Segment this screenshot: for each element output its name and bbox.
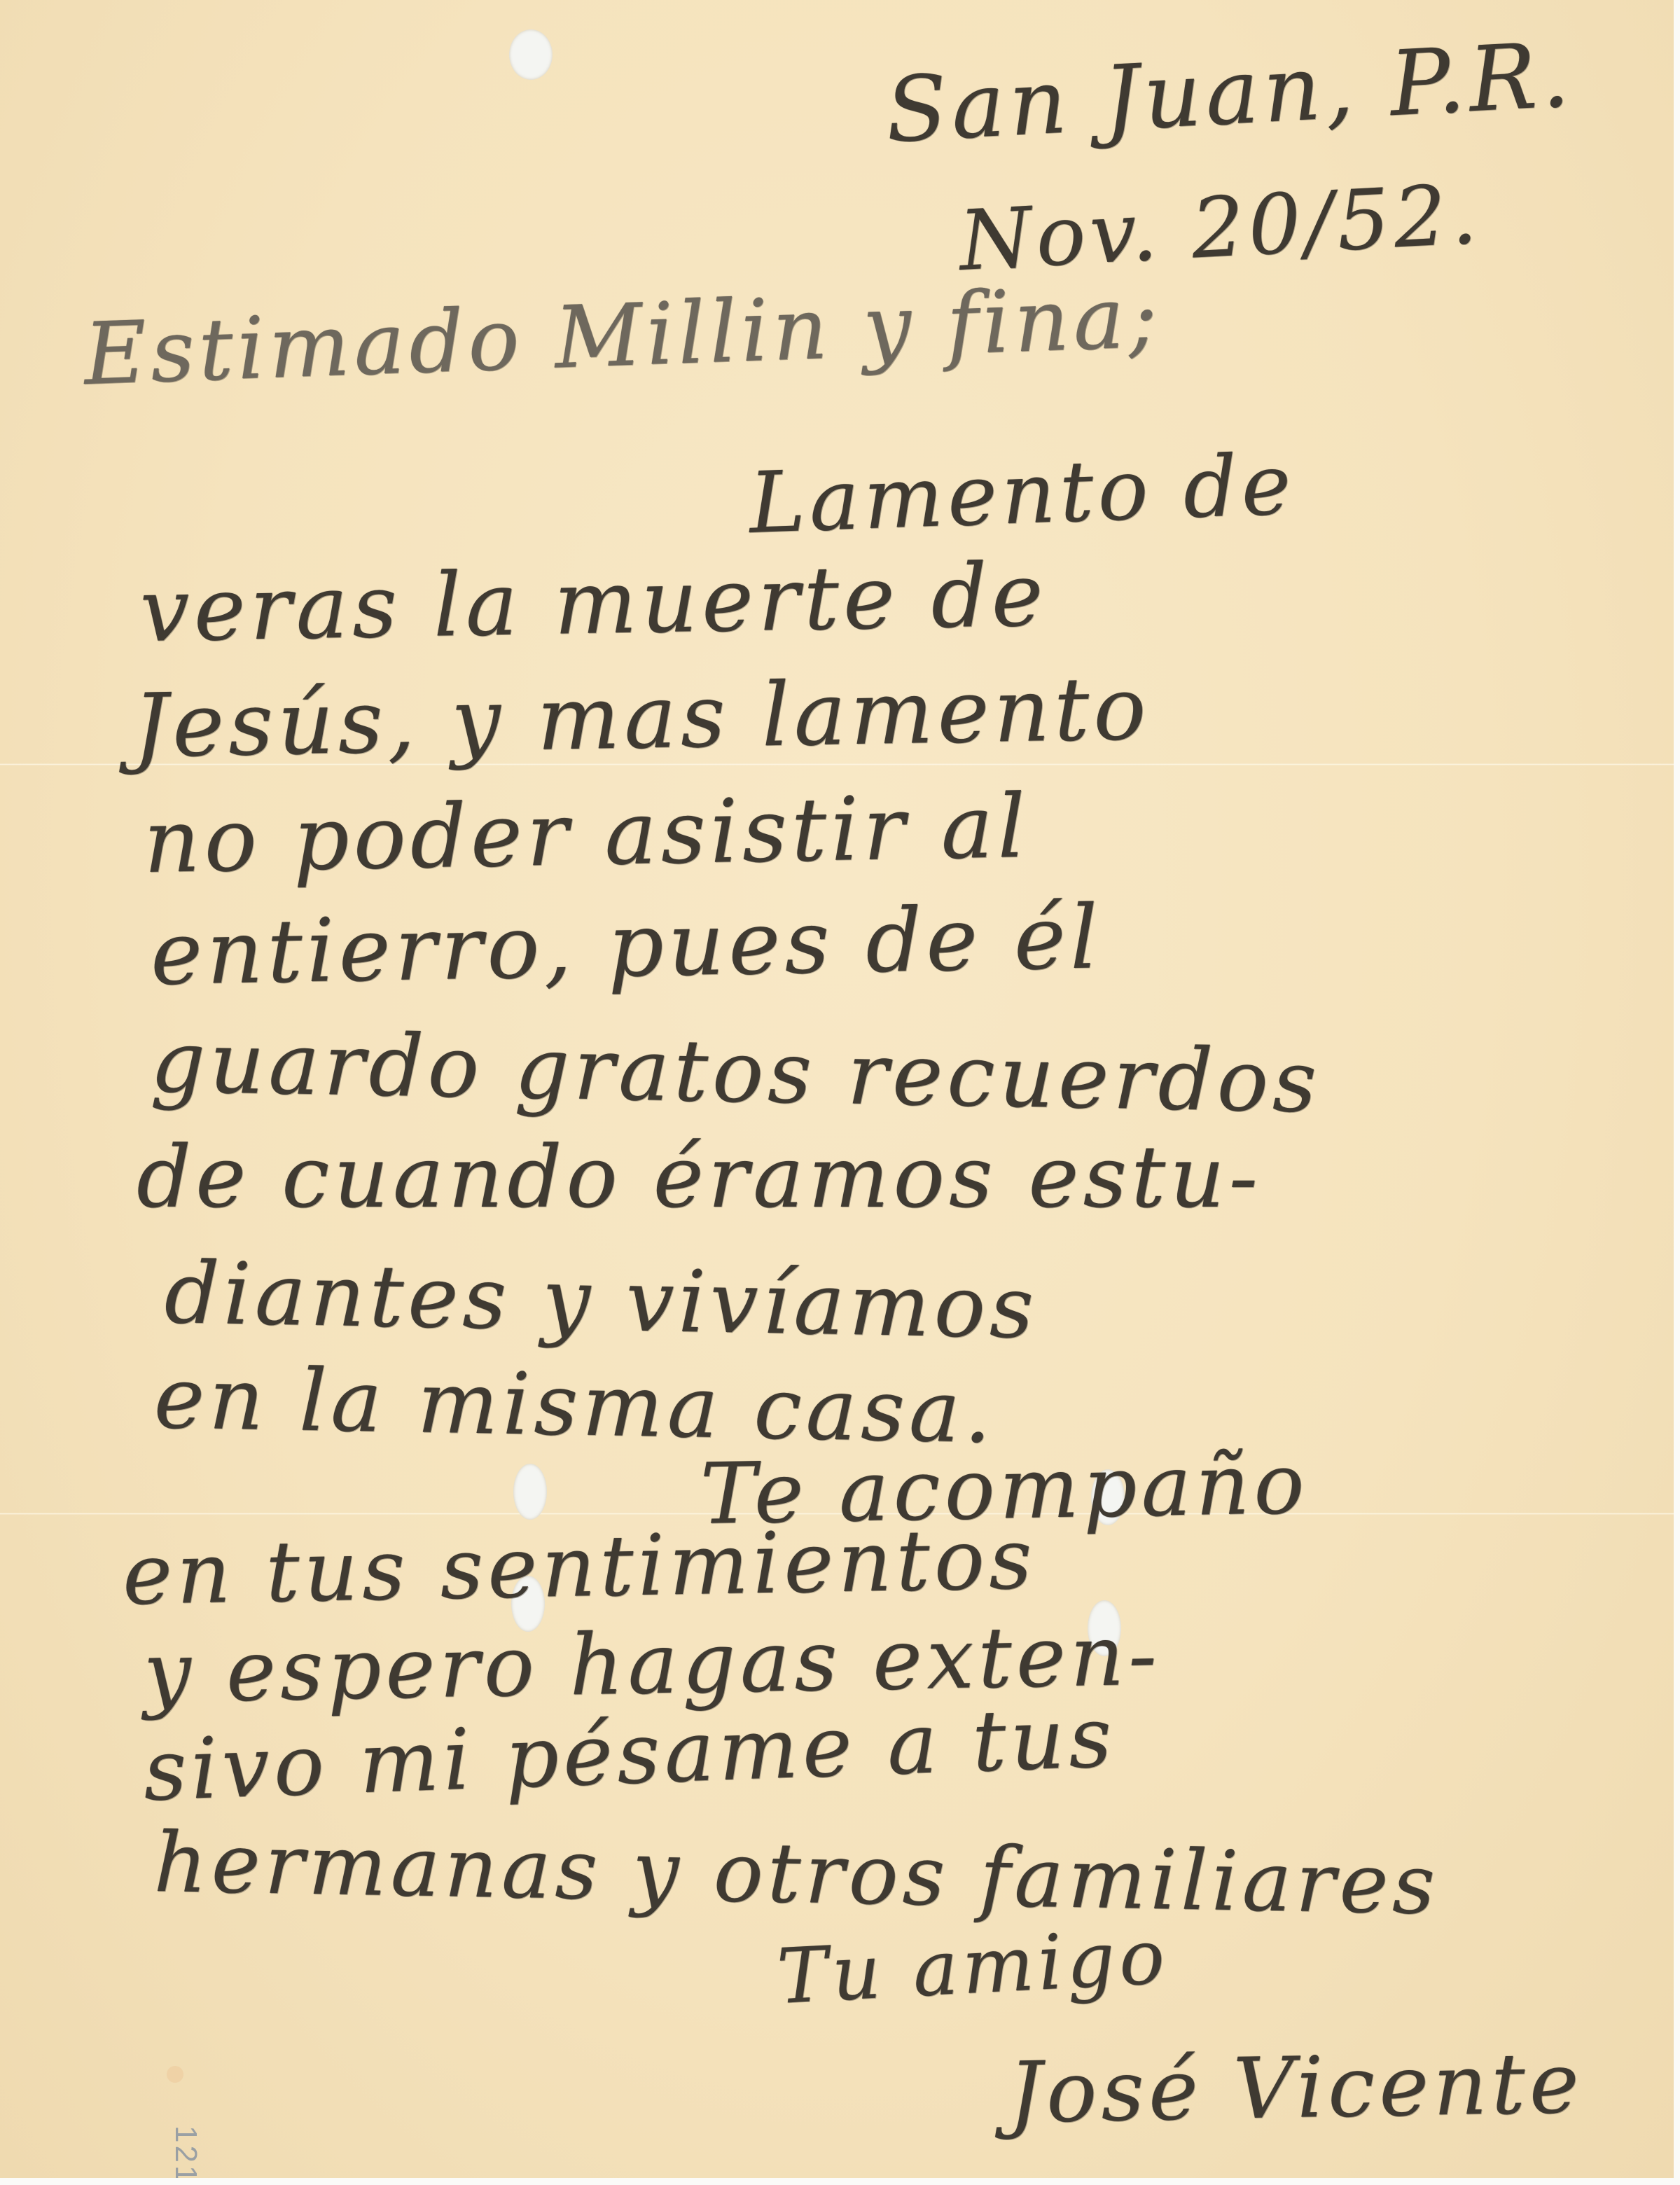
body-line: veras la muerte de <box>139 551 1048 655</box>
punch-hole-top <box>509 29 553 80</box>
body-line: Lamento de <box>748 443 1296 546</box>
scan-edge-right <box>1674 0 1680 2185</box>
letter-signature: José Vicente <box>1008 2042 1584 2136</box>
letter-date: Nov. 20/52. <box>957 172 1483 282</box>
body-line: diantes y vivíamos <box>164 1250 1039 1351</box>
body-line: en tus sentimientos <box>122 1518 1037 1618</box>
letter-place: San Juan, P.R. <box>884 31 1576 156</box>
body-line: guardo gratos recuerdos <box>150 1019 1321 1125</box>
letter-paper: San Juan, P.R. Nov. 20/52. Estimado Mill… <box>0 0 1674 2178</box>
body-line: en la misma casa. <box>153 1355 997 1455</box>
body-line: de cuando éramos estu- <box>137 1135 1262 1220</box>
body-line: entierro, pues de él <box>150 894 1103 998</box>
body-line: hermanas y otros familiares <box>153 1821 1440 1926</box>
letter-closing: Tu amigo <box>775 1920 1170 2016</box>
punch-hole-middle-left <box>513 1464 547 1520</box>
scan-edge-bottom <box>0 2178 1680 2185</box>
body-line: no poder asistir al <box>143 783 1030 886</box>
body-line: Jesús, y mas lamento <box>132 665 1151 770</box>
letter-salutation: Estimado Millin y fina; <box>83 274 1162 397</box>
paper-stain <box>167 2066 183 2083</box>
archival-pencil-number: 121 <box>168 2125 203 2185</box>
